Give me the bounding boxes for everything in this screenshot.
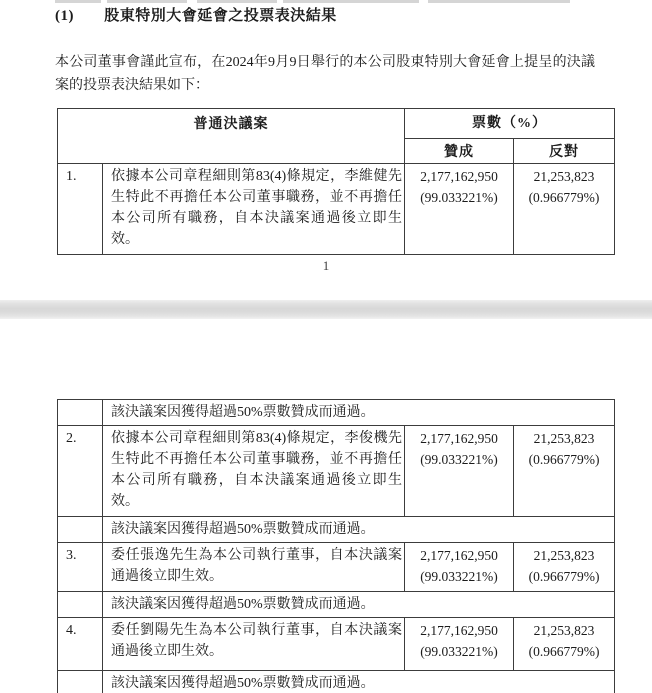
passed-note-row-2: 該決議案因獲得超過50%票數贊成而通過。 xyxy=(58,517,615,543)
resolution-3-votes-for: 2,177,162,950 (99.033221%) xyxy=(405,543,514,592)
section-title: 股東特別大會延會之投票表決結果 xyxy=(104,7,337,26)
resolution-3-number: 3. xyxy=(58,543,103,592)
section-number: (1) xyxy=(55,7,74,26)
document-page: (1) 股東特別大會延會之投票表決結果 本公司董事會謹此宣布，在2024年9月9… xyxy=(0,0,652,693)
votes-for-percent: (99.033221%) xyxy=(406,641,512,662)
page-break-divider xyxy=(0,300,652,319)
votes-against-count: 21,253,823 xyxy=(515,166,613,187)
resolution-1-number: 1. xyxy=(58,164,103,255)
resolution-4-number: 4. xyxy=(58,618,103,671)
header-resolution-col: 普通決議案 xyxy=(58,109,405,164)
votes-against-percent: (0.966779%) xyxy=(515,566,613,587)
resolution-4-votes-against: 21,253,823 (0.966779%) xyxy=(514,618,615,671)
votes-for-percent: (99.033221%) xyxy=(406,187,512,208)
votes-against-count: 21,253,823 xyxy=(515,428,613,449)
resolution-2-passed-note: 該決議案因獲得超過50%票數贊成而通過。 xyxy=(103,517,615,543)
empty-cell xyxy=(58,592,103,618)
votes-against-count: 21,253,823 xyxy=(515,620,613,641)
votes-for-percent: (99.033221%) xyxy=(406,566,512,587)
resolution-3-text: 委任張逸先生為本公司執行董事，自本決議案通過後立即生效。 xyxy=(103,543,405,592)
empty-cell xyxy=(58,671,103,693)
resolution-row-2: 2. 依據本公司章程細則第83(4)條規定，李俊機先生特此不再擔任本公司董事職務… xyxy=(58,426,615,517)
resolution-4-text: 委任劉陽先生為本公司執行董事，自本決議案通過後立即生效。 xyxy=(103,618,405,671)
votes-for-count: 2,177,162,950 xyxy=(406,428,512,449)
resolution-2-text: 依據本公司章程細則第83(4)條規定，李俊機先生特此不再擔任本公司董事職務，並不… xyxy=(103,426,405,517)
votes-for-count: 2,177,162,950 xyxy=(406,545,512,566)
table-header-row: 普通決議案 票數（%） xyxy=(58,109,615,139)
resolution-1-votes-for: 2,177,162,950 (99.033221%) xyxy=(405,164,514,255)
votes-for-count: 2,177,162,950 xyxy=(406,620,512,641)
passed-note-row-1: 該決議案因獲得超過50%票數贊成而通過。 xyxy=(58,400,615,426)
votes-for-count: 2,177,162,950 xyxy=(406,166,512,187)
resolution-3-passed-note: 該決議案因獲得超過50%票數贊成而通過。 xyxy=(103,592,615,618)
passed-note-row-3: 該決議案因獲得超過50%票數贊成而通過。 xyxy=(58,592,615,618)
intro-paragraph: 本公司董事會謹此宣布，在2024年9月9日舉行的本公司股東特別大會延會上提呈的決… xyxy=(55,51,595,97)
resolution-1-votes-against: 21,253,823 (0.966779%) xyxy=(514,164,615,255)
voting-results-table-page1: 普通決議案 票數（%） 贊成 反對 1. 依據本公司章程細則第83(4)條規定，… xyxy=(57,108,615,255)
resolution-row-3: 3. 委任張逸先生為本公司執行董事，自本決議案通過後立即生效。 2,177,16… xyxy=(58,543,615,592)
page-number: 1 xyxy=(0,258,652,274)
empty-cell xyxy=(58,517,103,543)
header-against-col: 反對 xyxy=(514,139,615,164)
votes-against-percent: (0.966779%) xyxy=(515,449,613,470)
votes-for-percent: (99.033221%) xyxy=(406,449,512,470)
votes-against-percent: (0.966779%) xyxy=(515,641,613,662)
resolution-row-4: 4. 委任劉陽先生為本公司執行董事，自本決議案通過後立即生效。 2,177,16… xyxy=(58,618,615,671)
section-heading: (1) 股東特別大會延會之投票表決結果 xyxy=(55,7,337,26)
resolution-1-passed-note: 該決議案因獲得超過50%票數贊成而通過。 xyxy=(103,400,615,426)
voting-results-table-page2: 該決議案因獲得超過50%票數贊成而通過。 2. 依據本公司章程細則第83(4)條… xyxy=(57,399,615,693)
votes-against-percent: (0.966779%) xyxy=(515,187,613,208)
resolution-4-votes-for: 2,177,162,950 (99.033221%) xyxy=(405,618,514,671)
resolution-2-votes-against: 21,253,823 (0.966779%) xyxy=(514,426,615,517)
resolution-2-number: 2. xyxy=(58,426,103,517)
header-for-col: 贊成 xyxy=(405,139,514,164)
resolution-row-1: 1. 依據本公司章程細則第83(4)條規定，李維健先生特此不再擔任本公司董事職務… xyxy=(58,164,615,255)
resolution-1-text: 依據本公司章程細則第83(4)條規定，李維健先生特此不再擔任本公司董事職務，並不… xyxy=(103,164,405,255)
resolution-4-passed-note: 該決議案因獲得超過50%票數贊成而通過。 xyxy=(103,671,615,693)
votes-against-count: 21,253,823 xyxy=(515,545,613,566)
empty-cell xyxy=(58,400,103,426)
header-votes-col: 票數（%） xyxy=(405,109,615,139)
resolution-2-votes-for: 2,177,162,950 (99.033221%) xyxy=(405,426,514,517)
passed-note-row-4: 該決議案因獲得超過50%票數贊成而通過。 xyxy=(58,671,615,693)
resolution-3-votes-against: 21,253,823 (0.966779%) xyxy=(514,543,615,592)
